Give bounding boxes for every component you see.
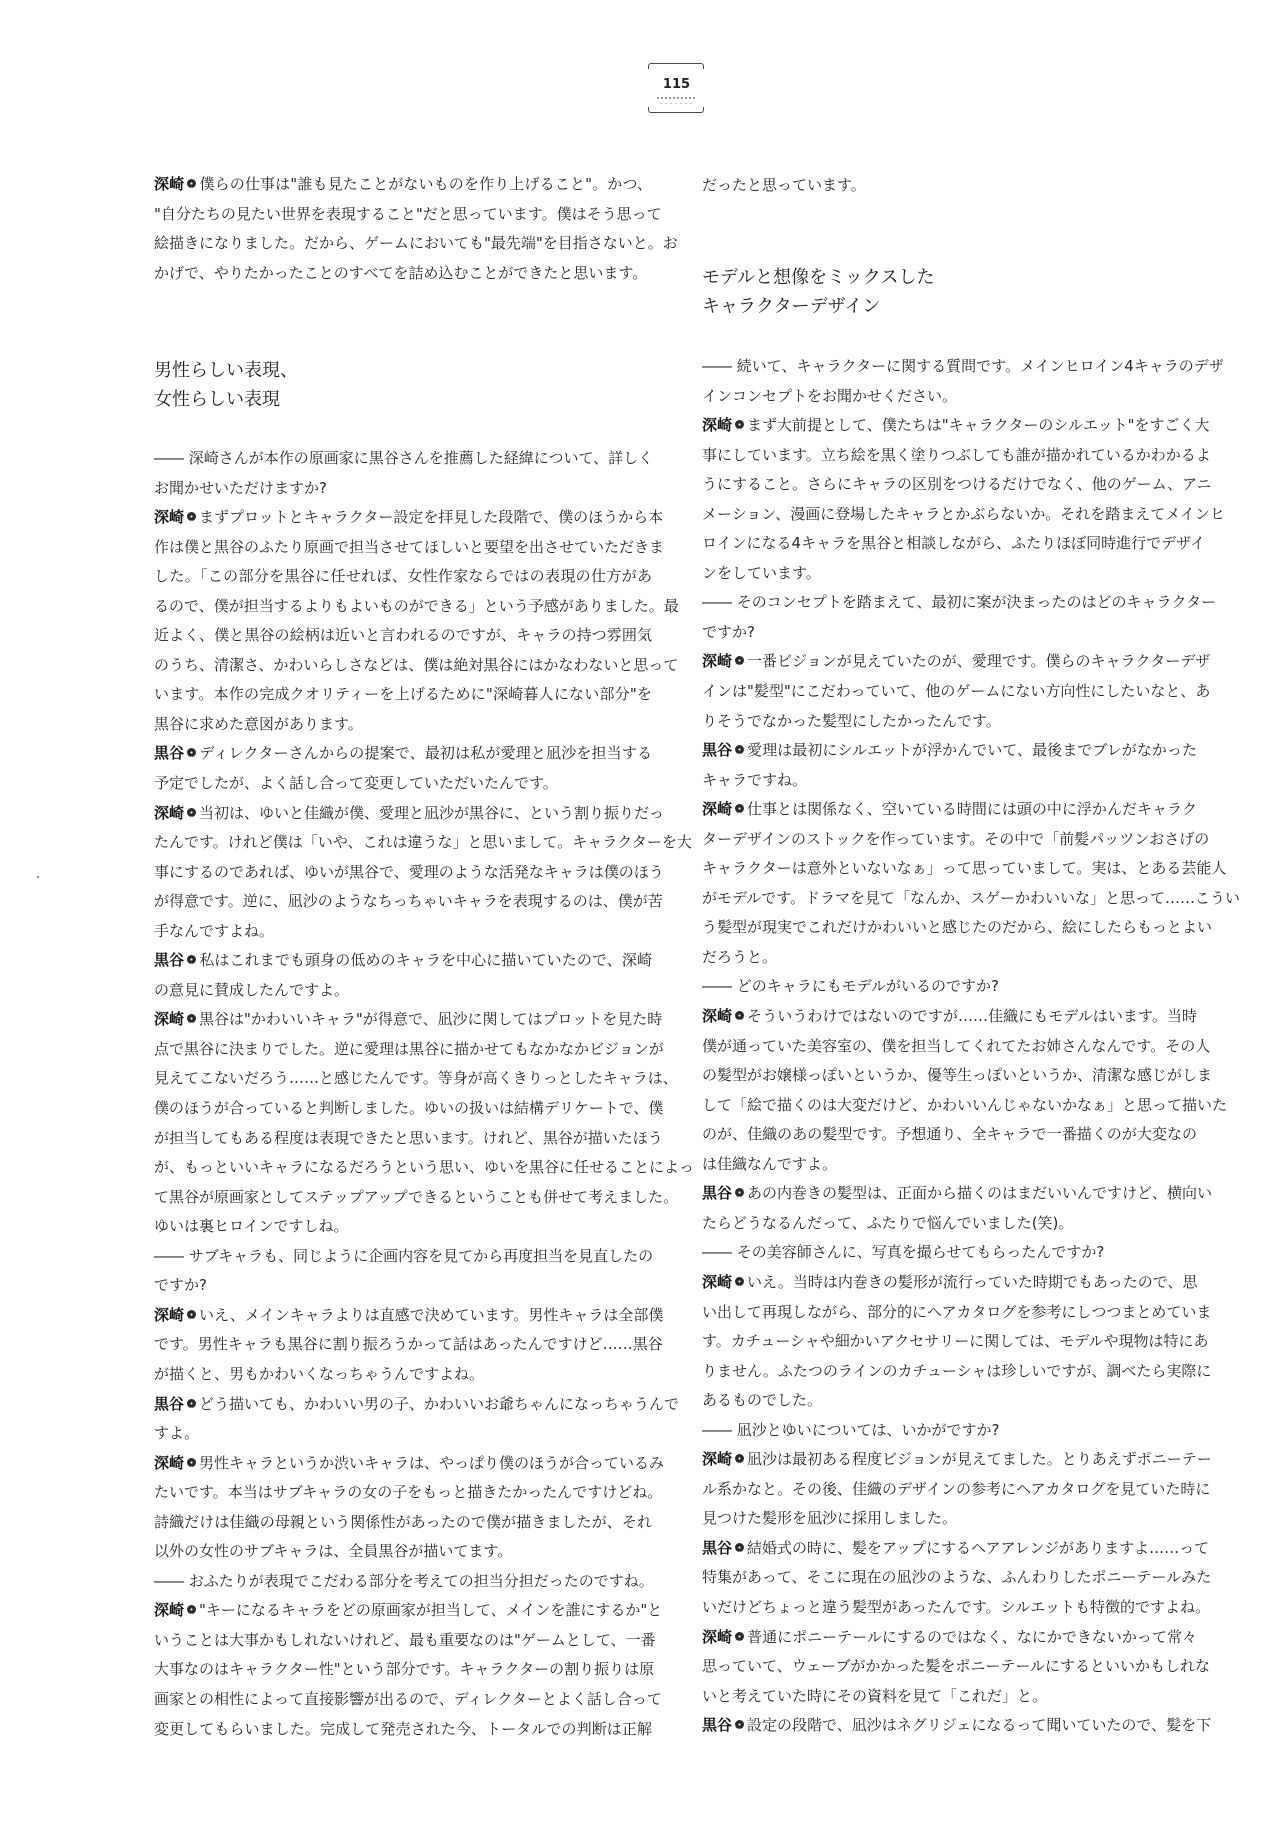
text-line: す。カチューシャや細かいアクセサリーに関しては、モデルや現物は特にあ (702, 1327, 1197, 1357)
text-line: メーション、漫画に登場したキャラとかぶらないか。それを踏まえてメインヒ (702, 500, 1197, 530)
text-line: 黒谷あの内巻きの髪型は、正面から描くのはまだいいんですけど、横向い (702, 1179, 1197, 1209)
line-text: 僕らの仕事は"誰も見たことがないものを作り上げること"。かつ、 (199, 175, 652, 193)
interview-question: ―― サブキャラも、同じように企画内容を見てから再度担当を見直したの ですか? (154, 1242, 652, 1301)
text-line: ロインになる4キャラを黒谷と相談しながら、ふたりほぼ同時進行でデザイ (702, 529, 1197, 559)
speaker-marker-icon (187, 1399, 196, 1408)
interview-answer: 黒谷あの内巻きの髪型は、正面から描くのはまだいいんですけど、横向い たらどうなる… (702, 1179, 1197, 1238)
bracket-bottom (648, 107, 704, 113)
text-line: 以外の女性のサブキャラは、全員黒谷が描いてます。 (154, 1537, 652, 1567)
text-line: 深崎普通にポニーテールにするのではなく、なにかできないかって常々 (702, 1623, 1197, 1653)
text-line: 詩織だけは佳織の母親という関係性があったので僕が描きましたが、それ (154, 1508, 652, 1538)
text-line: ―― 凪沙とゆいについては、いかがですか? (702, 1416, 1197, 1446)
text-line: 黒谷愛理は最初にシルエットが浮かんでいて、最後までブレがなかった (702, 736, 1197, 766)
text-line: ターデザインのストックを作っています。その中で「前髪パッツンおさげの (702, 825, 1197, 855)
interview-question: ―― 続いて、キャラクターに関する質問です。メインヒロイン4キャラのデザ インコ… (702, 352, 1197, 411)
speaker-name: 深崎 (702, 800, 732, 818)
interview-answer: 深崎まず大前提として、僕たちは"キャラクターのシルエット"をすごく大 事にしてい… (702, 411, 1197, 588)
speaker-name: 深崎 (702, 416, 732, 434)
text-line: いだけどちょっと違う髪型があったんです。シルエットも特徴的ですよね。 (702, 1593, 1197, 1623)
speaker-marker-icon (735, 420, 744, 429)
text-line: 作は僕と黒谷のふたり原画で担当させてほしいと要望を出させていただきま (154, 533, 652, 563)
line-text: まずプロットとキャラクター設定を拝見した段階で、僕のほうから本 (199, 508, 663, 526)
interview-answer: 深崎そういうわけではないのですが……佳織にもモデルはいます。当時 僕が通っていた… (702, 1002, 1197, 1179)
text-line: ですか? (702, 618, 1197, 648)
line-text: そういうわけではないのですが……佳織にもモデルはいます。当時 (747, 1007, 1197, 1025)
text-line: 見えてこないだろう……と感じたんです。等身が高くきりっとしたキャラは、 (154, 1064, 652, 1094)
speaker-name: 黒谷 (154, 744, 184, 762)
text-line: たいです。本当はサブキャラの女の子をもっと描きたかったんですけどね。 (154, 1478, 652, 1508)
text-line: 深崎いえ。当時は内巻きの髪形が流行っていた時期でもあったので、思 (702, 1268, 1197, 1298)
bracket-top (648, 63, 704, 69)
text-line: の意見に賛成したんですよ。 (154, 976, 652, 1006)
page-number: 115 (648, 77, 705, 92)
text-line: が描くと、男もかわいくなっちゃうんですよね。 (154, 1360, 652, 1390)
text-line: ゆいは裏ヒロインですしね。 (154, 1212, 652, 1242)
speaker-name: 黒谷 (702, 741, 732, 759)
interview-answer: 深崎凪沙は最初ある程度ビジョンが見えてました。とりあえずポニーテー ル系かなと。… (702, 1445, 1197, 1534)
text-line: いうことは大事かもしれないけれど、最も重要なのは"ゲームとして、一番 (154, 1626, 652, 1656)
text-line: キャラクターは意外といないなぁ」って思っていまして。実は、とある芸能人 (702, 854, 1197, 884)
text-line: 深崎一番ビジョンが見えていたのが、愛理です。僕らのキャラクターデザ (702, 647, 1197, 677)
text-line: インは"髪型"にこだわっていて、他のゲームにない方向性にしたいなと、あ (702, 677, 1197, 707)
text-line: 見つけた髪形を凪沙に採用しました。 (702, 1504, 1197, 1534)
interview-answer: 深崎当初は、ゆいと佳織が僕、愛理と凪沙が黒谷に、という割り振りだっ たんです。け… (154, 799, 652, 947)
interview-question: ―― 深崎さんが本作の原画家に黒谷さんを推薦した経緯について、詳しく お聞かせい… (154, 444, 652, 503)
speaker-marker-icon (187, 955, 196, 964)
speaker-marker-icon (735, 804, 744, 813)
text-line: の髪型がお嬢様っぽいというか、優等生っぽいというか、清潔な感じがしま (702, 1061, 1197, 1091)
text-line: キャラですね。 (702, 766, 1197, 796)
speaker-name: 深崎 (154, 1306, 184, 1324)
text-line: て黒谷が原画家としてステップアップできるということも併せて考えました。 (154, 1183, 652, 1213)
text-line: 予定でしたが、よく話し合って変更していただいたんです。 (154, 769, 652, 799)
heading-line: モデルと想像をミックスした (702, 263, 1197, 292)
text-line: した。「この部分を黒谷に任せれば、女性作家ならではの表現の仕方があ (154, 562, 652, 592)
text-line: います。本作の完成クオリティーを上げるために"深崎暮人にない部分"を (154, 680, 652, 710)
interview-question: ―― どのキャラにもモデルがいるのですか? (702, 972, 1197, 1002)
interview-question: ―― その美容師さんに、写真を撮らせてもらったんですか? (702, 1238, 1197, 1268)
section-heading: 男性らしい表現、 女性らしい表現 (154, 356, 652, 414)
text-line: 深崎当初は、ゆいと佳織が僕、愛理と凪沙が黒谷に、という割り振りだっ (154, 799, 652, 829)
interview-answer: 深崎仕事とは関係なく、空いている時間には頭の中に浮かんだキャラク ターデザインの… (702, 795, 1197, 972)
line-text: あの内巻きの髪型は、正面から描くのはまだいいんですけど、横向い (747, 1184, 1212, 1202)
text-line: のうち、清潔さ、かわいらしさなどは、僕は絶対黒谷にはかなわないと思って (154, 651, 652, 681)
interview-answer: 深崎いえ、メインキャラよりは直感で決めています。男性キャラは全部僕 です。男性キ… (154, 1301, 652, 1390)
text-line: のが、佳織のあの髪型です。予想通り、全キャラで一番描くのが大変なの (702, 1120, 1197, 1150)
text-line: う髪型が現実でこれだけかわいいと感じたのだから、絵にしたらもっとよい (702, 913, 1197, 943)
page-number-box: 115 (648, 63, 705, 113)
speaker-marker-icon (735, 1011, 744, 1020)
text-line: 画家との相性によって直接影響が出るので、ディレクターとよく話し合って (154, 1685, 652, 1715)
interview-answer: 深崎まずプロットとキャラクター設定を拝見した段階で、僕のほうから本 作は僕と黒谷… (154, 503, 652, 739)
text-line: 深崎そういうわけではないのですが……佳織にもモデルはいます。当時 (702, 1002, 1197, 1032)
line-text: 当初は、ゆいと佳織が僕、愛理と凪沙が黒谷に、という割り振りだっ (199, 804, 664, 822)
speaker-marker-icon (187, 748, 196, 757)
text-line: りそうでなかった髪型にしたかったんです。 (702, 707, 1197, 737)
speaker-marker-icon (735, 656, 744, 665)
text-line: 絵描きになりました。だから、ゲームにおいても"最先端"を目指さないと。お (154, 229, 652, 259)
text-line: 思っていて、ウェーブがかかった髪をポニーテールにするといいかもしれな (702, 1652, 1197, 1682)
speaker-marker-icon (187, 1310, 196, 1319)
line-text: 結婚式の時に、髪をアップにするヘアアレンジがありますよ……って (747, 1539, 1209, 1557)
line-text: 凪沙は最初ある程度ビジョンが見えてました。とりあえずポニーテー (747, 1450, 1212, 1468)
speaker-name: 深崎 (154, 1010, 184, 1028)
heading-line: キャラクターデザイン (702, 292, 1197, 321)
interview-answer: 黒谷設定の段階で、凪沙はネグリジェになるって聞いていたので、髪を下 (702, 1711, 1197, 1741)
speaker-marker-icon (735, 1188, 744, 1197)
heading-line: 男性らしい表現、 (154, 356, 652, 385)
text-line: いと考えていた時にその資料を見て「これだ」と。 (702, 1682, 1197, 1712)
text-line: 僕が通っていた美容室の、僕を担当してくれてたお姉さんなんです。その人 (702, 1032, 1197, 1062)
speaker-marker-icon (735, 1277, 744, 1286)
text-line: ―― サブキャラも、同じように企画内容を見てから再度担当を見直したの (154, 1242, 652, 1272)
interview-answer: 黒谷愛理は最初にシルエットが浮かんでいて、最後までブレがなかった キャラですね。 (702, 736, 1197, 795)
scan-speck (37, 876, 39, 878)
text-line: 僕のほうが合っていると判断しました。ゆいの扱いは結構デリケートで、僕 (154, 1094, 652, 1124)
magazine-page: 115 深崎僕らの仕事は"誰も見たことがないものを作り上げること"。かつ、 "自… (0, 0, 1280, 1825)
text-line: すよ。 (154, 1419, 652, 1449)
text-line: ―― どのキャラにもモデルがいるのですか? (702, 972, 1197, 1002)
text-line: かげで、やりたかったことのすべてを詰め込むことができたと思います。 (154, 259, 652, 289)
text-line: 黒谷結婚式の時に、髪をアップにするヘアアレンジがありますよ……って (702, 1534, 1197, 1564)
interview-answer: 深崎普通にポニーテールにするのではなく、なにかできないかって常々 思っていて、ウ… (702, 1623, 1197, 1712)
interview-question: ―― 凪沙とゆいについては、いかがですか? (702, 1416, 1197, 1446)
answer-continuation: だったと思っています。 (702, 171, 1197, 201)
text-line: 特集があって、そこに現在の凪沙のような、ふんわりしたポニーテールみた (702, 1563, 1197, 1593)
speaker-name: 深崎 (702, 652, 732, 670)
speaker-marker-icon (187, 512, 196, 521)
text-line: 手なんですよね。 (154, 917, 652, 947)
page-logo-mark-sub (660, 103, 693, 104)
right-column-body: ―― 続いて、キャラクターに関する質問です。メインヒロイン4キャラのデザ インコ… (702, 352, 1197, 1741)
text-line: が得意です。逆に、凪沙のようなちっちゃいキャラを表現するのは、僕が苦 (154, 887, 652, 917)
text-line: 黒谷私はこれまでも頭身の低めのキャラを中心に描いていたので、深崎 (154, 946, 652, 976)
speaker-name: 黒谷 (702, 1184, 732, 1202)
interview-question: ―― おふたりが表現でこだわる部分を考えての担当分担だったのですね。 (154, 1567, 652, 1597)
speaker-name: 深崎 (154, 804, 184, 822)
speaker-name: 深崎 (154, 1454, 184, 1472)
speaker-name: 深崎 (702, 1628, 732, 1646)
speaker-name: 深崎 (154, 1601, 184, 1619)
interview-answer: 深崎いえ。当時は内巻きの髪形が流行っていた時期でもあったので、思 い出して再現し… (702, 1268, 1197, 1416)
text-line: 深崎仕事とは関係なく、空いている時間には頭の中に浮かんだキャラク (702, 795, 1197, 825)
text-line: りません。ふたつのラインのカチューシャは珍しいですが、調べたら実際に (702, 1357, 1197, 1387)
speaker-marker-icon (735, 1720, 744, 1729)
text-line: です。男性キャラも黒谷に割り振ろうかって話はあったんですけど……黒谷 (154, 1330, 652, 1360)
speaker-marker-icon (735, 1454, 744, 1463)
line-text: 私はこれまでも頭身の低めのキャラを中心に描いていたので、深崎 (199, 951, 652, 969)
heading-line: 女性らしい表現 (154, 385, 652, 414)
interview-answer: 深崎一番ビジョンが見えていたのが、愛理です。僕らのキャラクターデザ インは"髪型… (702, 647, 1197, 736)
text-line: ですか? (154, 1271, 652, 1301)
line-text: "キーになるキャラをどの原画家が担当して、メインを誰にするか"と (199, 1601, 662, 1619)
text-line: るので、僕が担当するよりもよいものができる」という予感がありました。最 (154, 592, 652, 622)
text-line: 深崎まずプロットとキャラクター設定を拝見した段階で、僕のほうから本 (154, 503, 652, 533)
text-line: して「絵で描くのは大変だけど、かわいいんじゃないかなぁ」と思って描いた (702, 1091, 1197, 1121)
speaker-name: 深崎 (702, 1450, 732, 1468)
text-line: 事にするのであれば、ゆいが黒谷で、愛理のような活発なキャラは僕のほう (154, 858, 652, 888)
text-line: お聞かせいただけますか? (154, 474, 652, 504)
text-line: 黒谷どう描いても、かわいい男の子、かわいいお爺ちゃんになっちゃうんで (154, 1390, 652, 1420)
text-line: 黒谷設定の段階で、凪沙はネグリジェになるって聞いていたので、髪を下 (702, 1711, 1197, 1741)
interview-answer: 黒谷ディレクターさんからの提案で、最初は私が愛理と凪沙を担当する 予定でしたが、… (154, 739, 652, 798)
text-line: 変更してもらいました。完成して発売された今、トータルでの判断は正解 (154, 1715, 652, 1745)
text-line: 黒谷に求めた意図があります。 (154, 710, 652, 740)
line-text: 設定の段階で、凪沙はネグリジェになるって聞いていたので、髪を下 (747, 1716, 1211, 1734)
text-line: たらどうなるんだって、ふたりで悩んでいました(笑)。 (702, 1209, 1197, 1239)
text-line: は佳織なんですよ。 (702, 1150, 1197, 1180)
text-line: 深崎いえ、メインキャラよりは直感で決めています。男性キャラは全部僕 (154, 1301, 652, 1331)
text-line: 黒谷ディレクターさんからの提案で、最初は私が愛理と凪沙を担当する (154, 739, 652, 769)
text-line: ル系かなと。その後、佳織のデザインの参考にヘアカタログを見ていた時に (702, 1475, 1197, 1505)
text-line: ンをしています。 (702, 559, 1197, 589)
speaker-name: 黒谷 (702, 1716, 732, 1734)
interview-answer: 深崎"キーになるキャラをどの原画家が担当して、メインを誰にするか"と いうことは… (154, 1596, 652, 1744)
speaker-marker-icon (735, 1543, 744, 1552)
text-line: い出して再現しながら、部分的にヘアカタログを参考にしつつまとめていま (702, 1298, 1197, 1328)
text-line: あるものでした。 (702, 1386, 1197, 1416)
speaker-marker-icon (187, 179, 196, 188)
line-text: 一番ビジョンが見えていたのが、愛理です。僕らのキャラクターデザ (747, 652, 1210, 670)
interview-answer: 深崎男性キャラというか渋いキャラは、やっぱり僕のほうが合っているみ たいです。本… (154, 1449, 652, 1567)
interview-question: ―― そのコンセプトを踏まえて、最初に案が決まったのはどのキャラクター ですか? (702, 588, 1197, 647)
text-line: 近よく、僕と黒谷の絵柄は近いと言われるのですが、キャラの持つ雰囲気 (154, 621, 652, 651)
line-text: 男性キャラというか渋いキャラは、やっぱり僕のほうが合っているみ (199, 1454, 664, 1472)
speaker-name: 黒谷 (154, 951, 184, 969)
line-text: いえ。当時は内巻きの髪形が流行っていた時期でもあったので、思 (747, 1273, 1197, 1291)
interview-answer: 深崎黒谷は"かわいいキャラ"が得意で、凪沙に関してはプロットを見た時 点で黒谷に… (154, 1005, 652, 1241)
text-line: ―― 続いて、キャラクターに関する質問です。メインヒロイン4キャラのデザ (702, 352, 1197, 382)
text-line: 深崎"キーになるキャラをどの原画家が担当して、メインを誰にするか"と (154, 1596, 652, 1626)
interview-answer: 黒谷私はこれまでも頭身の低めのキャラを中心に描いていたので、深崎 の意見に賛成し… (154, 946, 652, 1005)
speaker-name: 黒谷 (154, 1395, 184, 1413)
line-text: 仕事とは関係なく、空いている時間には頭の中に浮かんだキャラク (747, 800, 1197, 818)
text-line: うにすること。さらにキャラの区別をつけるだけでなく、他のゲーム、アニ (702, 470, 1197, 500)
text-line: 深崎まず大前提として、僕たちは"キャラクターのシルエット"をすごく大 (702, 411, 1197, 441)
line-text: ディレクターさんからの提案で、最初は私が愛理と凪沙を担当する (199, 744, 652, 762)
text-line: "自分たちの見たい世界を表現すること"だと思っています。僕はそう思って (154, 200, 652, 230)
line-text: いえ、メインキャラよりは直感で決めています。男性キャラは全部僕 (199, 1306, 663, 1324)
line-text: 愛理は最初にシルエットが浮かんでいて、最後までブレがなかった (747, 741, 1197, 759)
text-line: だったと思っています。 (702, 171, 1197, 201)
speaker-name: 深崎 (154, 175, 184, 193)
text-line: がモデルです。ドラマを見て「なんか、スゲーかわいいな」と思って……こうい (702, 884, 1197, 914)
text-line: インコンセプトをお聞かせください。 (702, 382, 1197, 412)
line-text: 普通にポニーテールにするのではなく、なにかできないかって常々 (747, 1628, 1197, 1646)
section-heading: モデルと想像をミックスした キャラクターデザイン (702, 263, 1197, 321)
speaker-name: 深崎 (702, 1007, 732, 1025)
text-line: 深崎僕らの仕事は"誰も見たことがないものを作り上げること"。かつ、 (154, 170, 652, 200)
text-line: ―― その美容師さんに、写真を撮らせてもらったんですか? (702, 1238, 1197, 1268)
text-line: 深崎黒谷は"かわいいキャラ"が得意で、凪沙に関してはプロットを見た時 (154, 1005, 652, 1035)
page-logo-mark (657, 97, 696, 99)
interview-answer: 深崎僕らの仕事は"誰も見たことがないものを作り上げること"。かつ、 "自分たちの… (154, 170, 652, 288)
speaker-name: 黒谷 (702, 1539, 732, 1557)
line-text: どう描いても、かわいい男の子、かわいいお爺ちゃんになっちゃうんで (199, 1395, 679, 1413)
speaker-marker-icon (735, 1632, 744, 1641)
text-line: たんです。けれど僕は「いや、これは違うな」と思いまして。キャラクターを大 (154, 828, 652, 858)
speaker-marker-icon (735, 745, 744, 754)
speaker-marker-icon (187, 1458, 196, 1467)
speaker-marker-icon (187, 1605, 196, 1614)
text-line: だろうと。 (702, 943, 1197, 973)
speaker-name: 深崎 (154, 508, 184, 526)
text-line: ―― おふたりが表現でこだわる部分を考えての担当分担だったのですね。 (154, 1567, 652, 1597)
text-line: が担当してもある程度は表現できたと思います。けれど、黒谷が描いたほう (154, 1124, 652, 1154)
line-text: まず大前提として、僕たちは"キャラクターのシルエット"をすごく大 (747, 416, 1210, 434)
left-column-body: ―― 深崎さんが本作の原画家に黒谷さんを推薦した経緯について、詳しく お聞かせい… (154, 444, 652, 1744)
text-line: 深崎凪沙は最初ある程度ビジョンが見えてました。とりあえずポニーテー (702, 1445, 1197, 1475)
text-line: 深崎男性キャラというか渋いキャラは、やっぱり僕のほうが合っているみ (154, 1449, 652, 1479)
text-line: 事にしています。立ち絵を黒く塗りつぶしても誰が描かれているかわかるよ (702, 441, 1197, 471)
interview-answer: 黒谷どう描いても、かわいい男の子、かわいいお爺ちゃんになっちゃうんで すよ。 (154, 1390, 652, 1449)
text-line: が、もっといいキャラになるだろうという思い、ゆいを黒谷に任せることによっ (154, 1153, 652, 1183)
speaker-marker-icon (187, 808, 196, 817)
text-line: ―― そのコンセプトを踏まえて、最初に案が決まったのはどのキャラクター (702, 588, 1197, 618)
text-line: 大事なのはキャラクター性"という部分です。キャラクターの割り振りは原 (154, 1655, 652, 1685)
line-text: 黒谷は"かわいいキャラ"が得意で、凪沙に関してはプロットを見た時 (199, 1010, 662, 1028)
text-line: ―― 深崎さんが本作の原画家に黒谷さんを推薦した経緯について、詳しく (154, 444, 652, 474)
text-line: 点で黒谷に決まりでした。逆に愛理は黒谷に描かせてもなかなかビジョンが (154, 1035, 652, 1065)
speaker-marker-icon (187, 1014, 196, 1023)
speaker-name: 深崎 (702, 1273, 732, 1291)
interview-answer: 黒谷結婚式の時に、髪をアップにするヘアアレンジがありますよ……って 特集があって… (702, 1534, 1197, 1623)
